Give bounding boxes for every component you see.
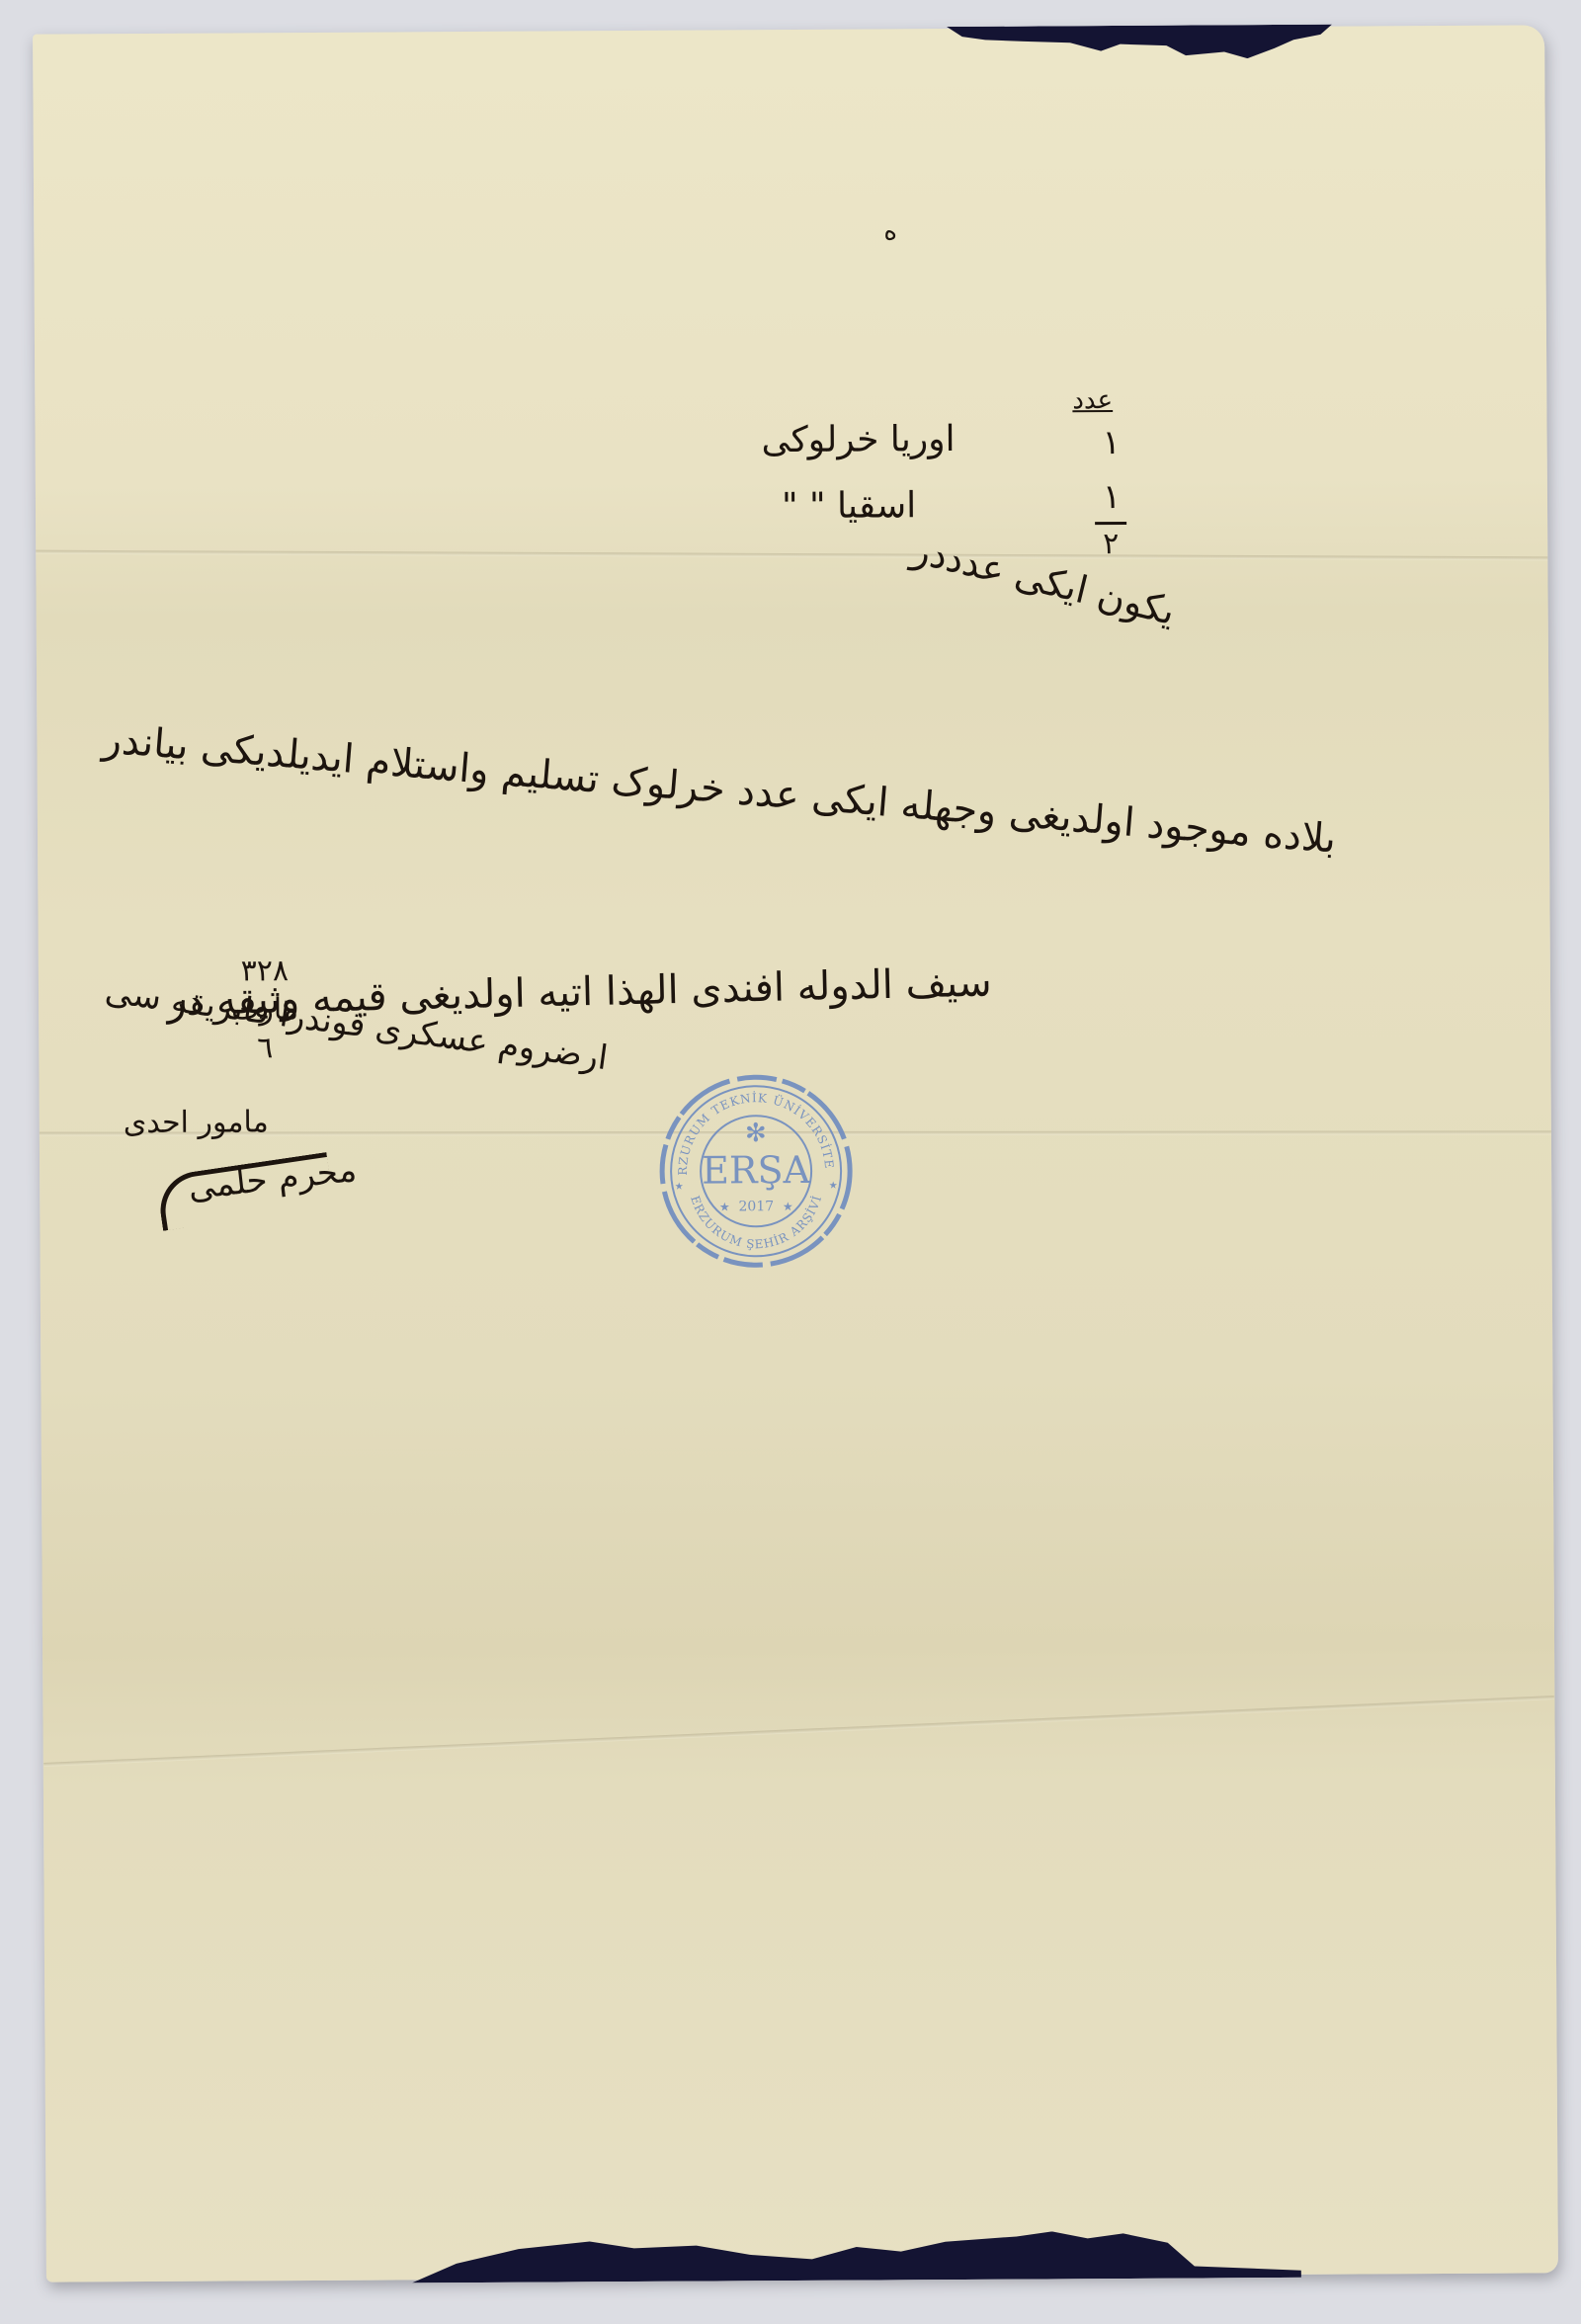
page-mark: ه [883,216,897,246]
tally-sum: ٢ [1095,522,1126,563]
ink-stain-top [947,25,1332,60]
signature-role: مامور احدی [124,1105,269,1140]
tally-count: ١ [1102,423,1121,462]
tally-total-line: یکون ایکی عدددر [908,528,1180,633]
archive-stamp: ERZURUM TEKNİK ÜNİVERSİTESİ ERZURUM ŞEHİ… [656,1072,855,1271]
star-icon: ★ [719,1200,730,1213]
date-year: ٣٢٨ [231,952,298,990]
tally-item: اوريا خرلوكى [761,419,955,460]
flower-icon: ✻ [745,1119,767,1148]
document-sheet: ه عدد ١ ١ ٢ اوريا خرلوكى اسقيا " " یکون … [33,25,1558,2282]
ink-stain-bottom [412,2230,1301,2282]
fold-line [43,1696,1554,1767]
star-icon: ★ [675,1182,684,1193]
tally-header: عدد [1072,385,1113,415]
body-text-line: بلاده موجود اولدیغی وجهله ایکی عدد خرلوک… [101,716,1338,862]
stamp-graphic: ERZURUM TEKNİK ÜNİVERSİTESİ ERZURUM ŞEHİ… [656,1072,855,1271]
stamp-center-text: ERŞA [702,1148,811,1193]
tally-count: ١ [1103,477,1122,517]
fold-line [36,550,1547,561]
tally-item: اسقيا " " [782,485,916,527]
stamp-year: 2017 [738,1199,774,1214]
star-icon: ★ [783,1200,793,1213]
star-icon: ★ [829,1181,838,1192]
